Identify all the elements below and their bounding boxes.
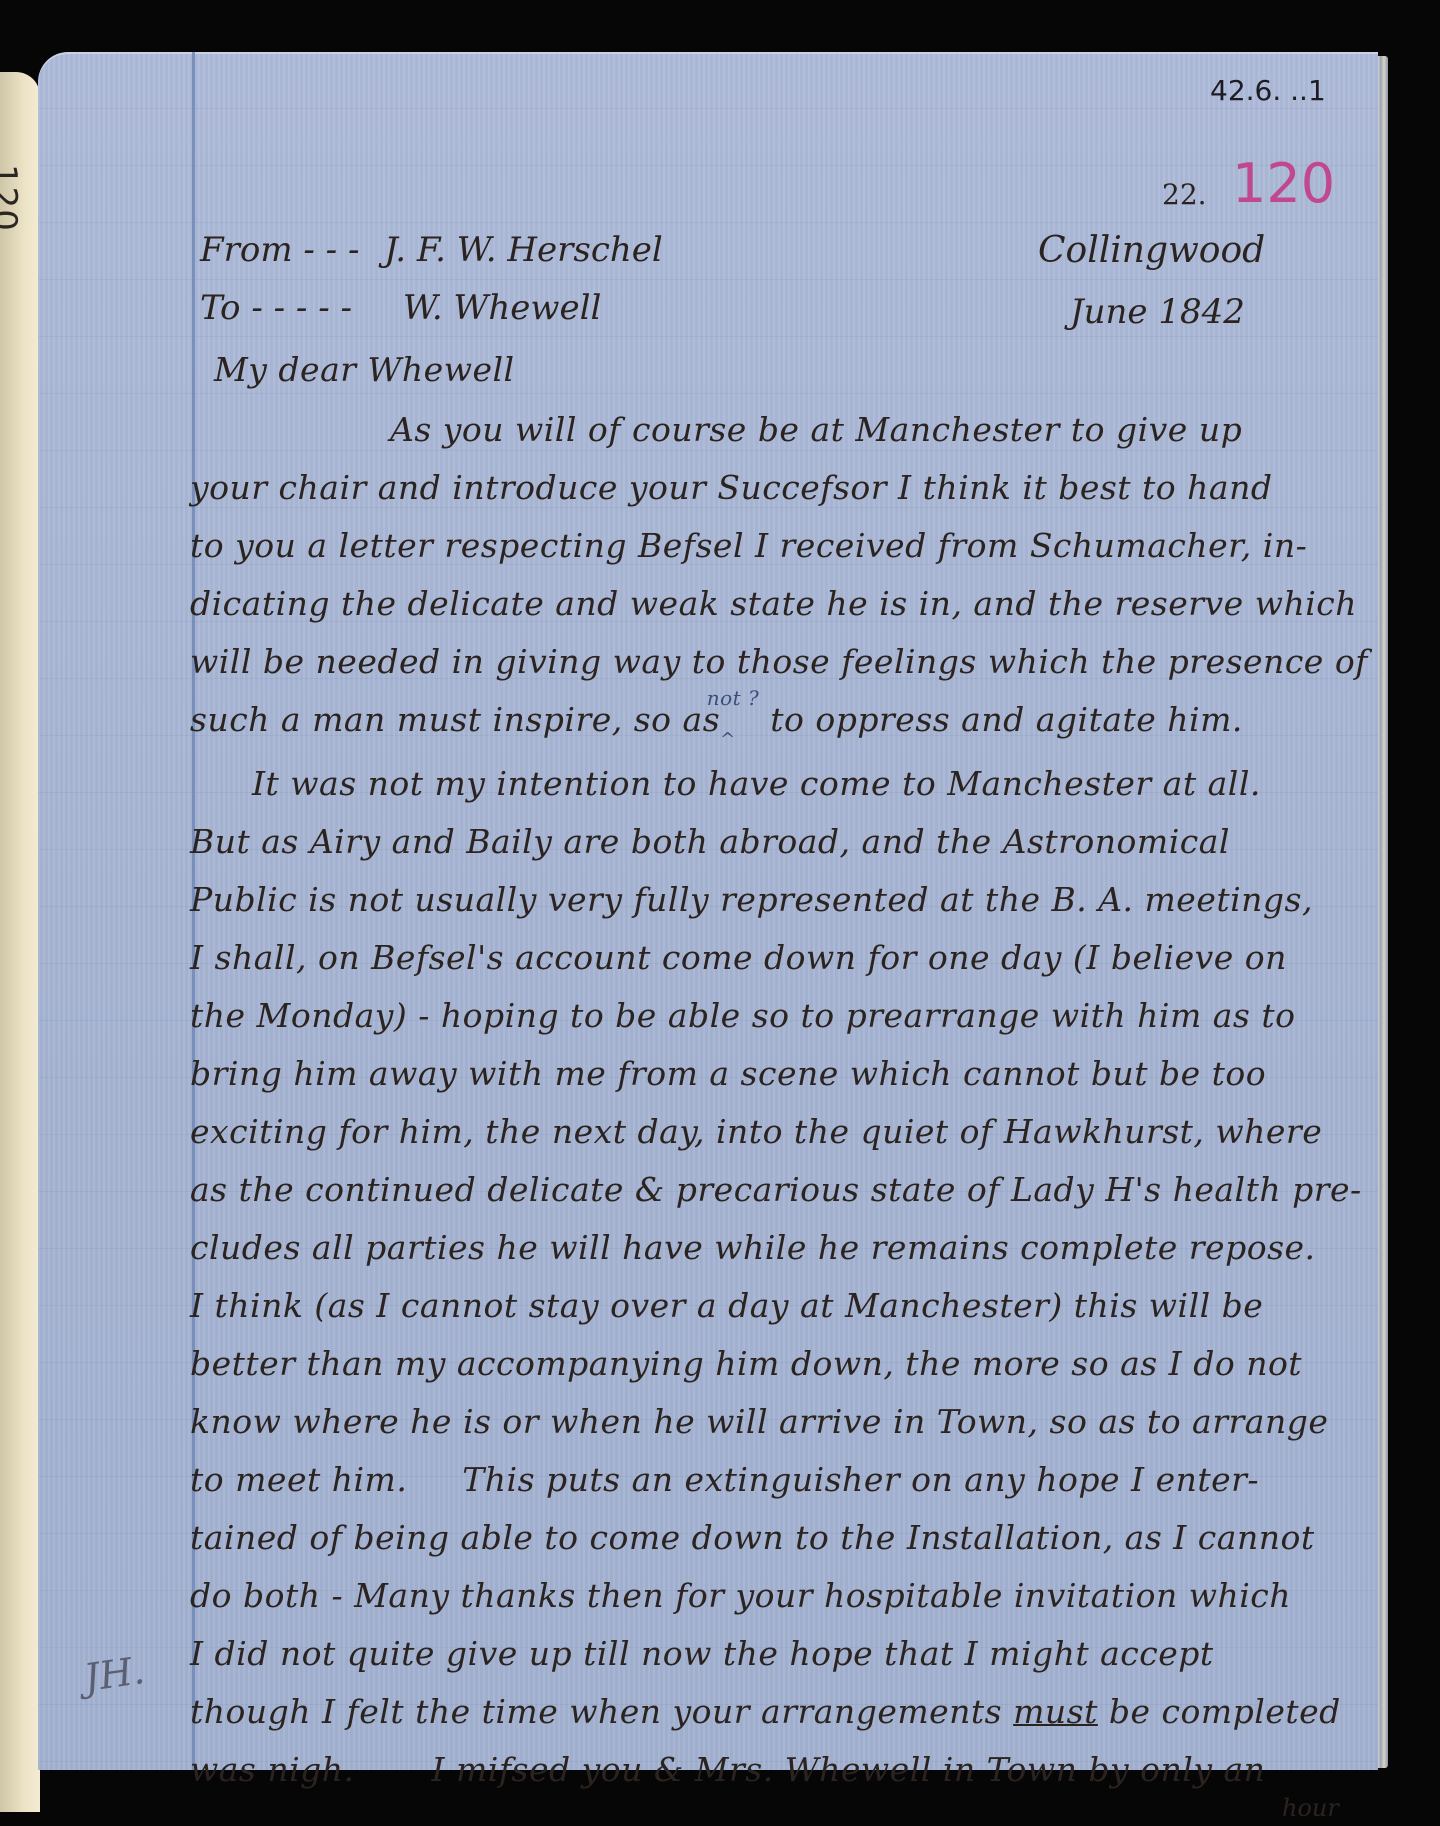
letter-line-with-insertion: such a man must inspire, so as^ not ? to…: [190, 700, 1243, 739]
catchword: hour: [1282, 1794, 1339, 1822]
from-name: J. F. W. Herschel: [384, 230, 663, 270]
insertion-caret: ^: [720, 729, 736, 750]
letter-line: bring him away with me from a scene whic…: [190, 1054, 1266, 1093]
underlined-word: must: [1013, 1692, 1098, 1731]
letter-line: It was not my intention to have come to …: [252, 764, 1261, 803]
manuscript-page: 42.6. ..1 22. 120 From - - - J. F. W. He…: [38, 52, 1378, 1770]
letter-line: as the continued delicate & precarious s…: [190, 1170, 1362, 1209]
letter-line: was nigh. I mifsed you & Mrs. Whewell in…: [190, 1750, 1265, 1789]
from-label: From - - -: [200, 230, 359, 270]
date: June 1842: [1070, 292, 1245, 332]
from-line: From - - - J. F. W. Herschel: [200, 230, 663, 270]
letter-line: tained of being able to come down to the…: [190, 1518, 1315, 1557]
to-label: To - - - - -: [200, 288, 352, 328]
letter-line-with-underline: though I felt the time when your arrange…: [190, 1692, 1341, 1731]
letter-line: to you a letter respecting Befsel I rece…: [190, 526, 1307, 565]
letter-line: will be needed in giving way to those fe…: [190, 642, 1368, 681]
letter-line: exciting for him, the next day, into the…: [190, 1112, 1322, 1151]
to-line: To - - - - - W. Whewell: [200, 288, 601, 328]
salutation: My dear Whewell: [214, 350, 515, 389]
letter-line: As you will of course be at Manchester t…: [390, 410, 1242, 449]
letter-line: to meet him. This puts an extinguisher o…: [190, 1460, 1259, 1499]
letter-line: the Monday) - hoping to be able so to pr…: [190, 996, 1295, 1035]
item-number: 22.: [1162, 178, 1207, 211]
margin-initials: JH.: [81, 1648, 147, 1700]
letter-line: But as Airy and Baily are both abroad, a…: [190, 822, 1230, 861]
letter-line: better than my accompanying him down, th…: [190, 1344, 1302, 1383]
book-binding-edge: 120: [0, 72, 40, 1812]
to-name: W. Whewell: [403, 288, 602, 328]
letter-line: I did not quite give up till now the hop…: [190, 1634, 1214, 1673]
letter-line: do both - Many thanks then for your hosp…: [190, 1576, 1291, 1615]
letter-line: I think (as I cannot stay over a day at …: [190, 1286, 1263, 1325]
letter-line: your chair and introduce your Succefsor …: [190, 468, 1272, 507]
letter-line: Public is not usually very fully represe…: [190, 880, 1313, 919]
letter-line: dicating the delicate and weak state he …: [190, 584, 1357, 623]
letter-line: I shall, on Befsel's account come down f…: [190, 938, 1287, 977]
insertion-not: not ?: [707, 686, 760, 710]
place: Collingwood: [1038, 230, 1265, 271]
letter-line: know where he is or when he will arrive …: [190, 1402, 1328, 1441]
letter-line: cludes all parties he will have while he…: [190, 1228, 1316, 1267]
archive-reference: 42.6. ..1: [1210, 74, 1326, 107]
side-folio-number: 120: [0, 164, 24, 232]
pink-folio-number: 120: [1232, 152, 1335, 215]
